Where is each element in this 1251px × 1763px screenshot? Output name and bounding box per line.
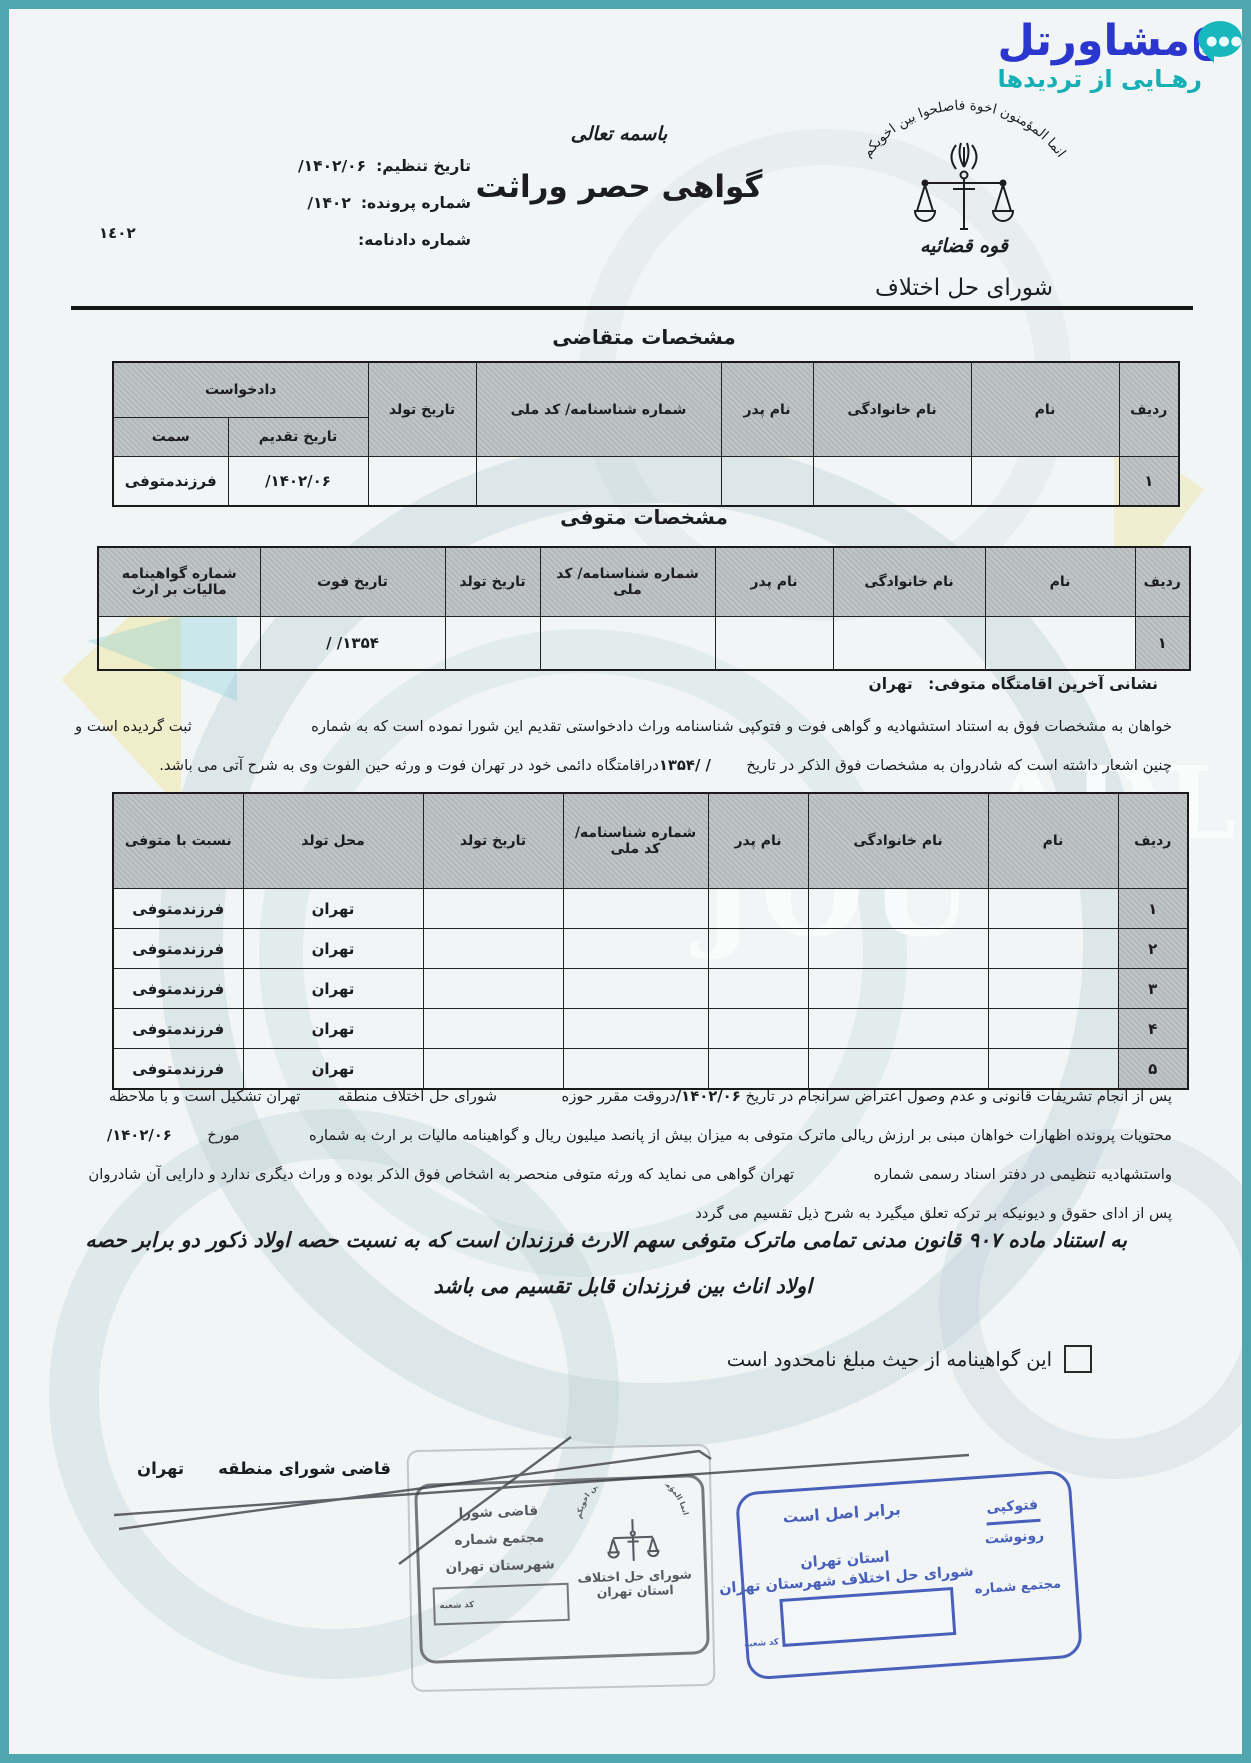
deceased-row: ۱ ۱۳۵۴/ / [98,617,1190,671]
col-birth-date: تاریخ تولد [368,362,476,457]
col-petition-group: دادخواست [113,362,368,418]
cell-birth-date [423,1009,563,1049]
cell-row-number: ۲ [1118,929,1188,969]
stamp-branch-code-label: کد شعبه [744,1637,779,1649]
cell-first-name [988,929,1118,969]
cell-id-number [563,969,708,1009]
col-birth-place: محل تولد [243,793,423,889]
col-role: سمت [113,418,228,457]
col-row: ردیف [1135,547,1190,617]
cell-row-number: ۱ [1119,457,1179,507]
cell-birth-date [445,617,540,671]
cell-first-name [988,1009,1118,1049]
stamp-complex-number-label: مجتمع شماره [974,1576,1061,1597]
stamp-separator [986,1519,1040,1525]
cell-first-name [985,617,1135,671]
cell-row-number: ۱ [1135,617,1190,671]
session-date: ۱۴۰۲/۰۶/ [676,1088,741,1105]
heir-row: ۱ تهران فرزندمتوفی [113,889,1188,929]
cell-first-name [988,889,1118,929]
stamp-transcript-label: رونوشت [971,1526,1058,1548]
petition-text-registered: ثبت گردیده است و [75,707,192,746]
petition-text-1: خواهان به مشخصات فوق به استناد استشهادیه… [311,707,1172,746]
applicant-section-title: مشخصات متقاضی [99,325,1189,349]
ruling-handwritten: به استناد ماده ۹۰۷ قانون مدنی تمامی ماتر… [69,1217,1182,1309]
last-residence-city: تهران [868,675,912,693]
cell-row-number: ۴ [1118,1009,1188,1049]
certified-copy-stamp-blue: فتوکپی رونوشت مجتمع شماره برابر اصل است … [735,1470,1083,1681]
verdict-council-district: شورای حل اختلاف منطقه [338,1088,497,1105]
heir-row: ۳ تهران فرزندمتوفی [113,969,1188,1009]
cell-last-name [808,1009,988,1049]
col-first-name: نام [988,793,1118,889]
cell-father-name [708,889,808,929]
cell-relation: فرزندمتوفی [113,1009,243,1049]
ruling-line-1: به استناد ماده ۹۰۷ قانون مدنی تمامی ماتر… [69,1217,1182,1263]
cell-last-name [808,929,988,969]
col-death-date: تاریخ فوت [260,547,445,617]
col-row: ردیف [1119,362,1179,457]
judiciary-caption: قوه قضائیه [814,235,1114,257]
cell-birth-date [423,889,563,929]
cell-birth-place: تهران [243,889,423,929]
cell-submit-date: ۱۴۰۲/۰۶/ [228,457,368,507]
cell-role: فرزندمتوفی [113,457,228,507]
death-year: / /۱۳۵۴ [659,757,711,774]
cell-death-date: ۱۳۵۴/ / [260,617,445,671]
cell-row-number: ۱ [1118,889,1188,929]
ruling-line-2: اولاد اناث بین فرزندان قابل تقسیم می باش… [69,1263,1182,1309]
col-first-name: نام [985,547,1135,617]
cell-father-name [715,617,833,671]
cell-relation: فرزندمتوفی [113,969,243,1009]
cell-birth-place: تهران [243,929,423,969]
cell-father-name [708,1009,808,1049]
col-inheritance-tax-cert: شماره گواهینامه مالیات بر ارث [98,547,260,617]
petition-paragraph: خواهان به مشخصات فوق به استناد استشهادیه… [75,707,1172,785]
col-birth-date: تاریخ تولد [423,793,563,889]
cell-birth-date [423,969,563,1009]
reg-date-value: ۱۴۰۲/۰۶/ [298,157,366,175]
cell-id-number [563,929,708,969]
cell-father-name [708,929,808,969]
cell-id-number [476,457,721,507]
verdict-text-1: پس از انجام تشریفات قانونی و عدم وصول اع… [745,1088,1172,1105]
col-id-number: شماره شناسنامه/ کد ملی [540,547,715,617]
unlimited-amount-checkbox[interactable] [1064,1345,1092,1373]
deceased-section-title: مشخصات متوفی [99,505,1189,529]
col-row: ردیف [1118,793,1188,889]
cell-last-name [808,969,988,1009]
petition-text-3: دراقامتگاه دائمی خود در تهران فوت و ورثه… [159,757,659,774]
cell-id-number [563,1009,708,1049]
verdict-text-3: تهران تشکیل است و با ملاحظه [109,1088,301,1105]
col-father-name: نام پدر [715,547,833,617]
col-relation: نسبت با متوفی [113,793,243,889]
heir-row: ۴ تهران فرزندمتوفی [113,1009,1188,1049]
cell-first-name [988,969,1118,1009]
scanned-inheritance-certificate: ADL JOU ●●● مشاورتل رهـایی از تردیدها ان… [0,0,1251,1763]
brand-logo-text: مشاورتل [997,20,1190,63]
verdict-text-6: تهران گواهی می نماید که ورثه متوفی منحصر… [88,1166,794,1183]
col-first-name: نام [971,362,1119,457]
verdict-dated-label: مورخ [207,1127,239,1144]
applicant-table: ردیف نام نام خانوادگی نام پدر شماره شناس… [112,361,1180,507]
cell-row-number: ۳ [1118,969,1188,1009]
col-last-name: نام خانوادگی [808,793,988,889]
cell-id-number [563,889,708,929]
col-birth-date: تاریخ تولد [445,547,540,617]
last-residence-label: نشانی آخرین اقامتگاه متوفی: [928,675,1158,693]
stamp-signature-box [780,1587,957,1647]
col-last-name: نام خانوادگی [813,362,971,457]
cell-birth-date [423,929,563,969]
council-title: شورای حل اختلاف [814,275,1114,301]
side-year-number: ١٤٠٢ [99,224,136,242]
document-title: گواهی حصر وراثت [439,169,799,205]
col-id-number: شماره شناسنامه/ کد ملی [476,362,721,457]
judgment-number-label: شماره دادنامه: [358,231,471,249]
stamp-certify-text: برابر اصل است [714,1496,970,1532]
cell-relation: فرزندمتوفی [113,929,243,969]
cell-relation: فرزندمتوفی [113,889,243,929]
cell-last-name [833,617,985,671]
scales-of-justice-icon [909,139,1019,235]
col-father-name: نام پدر [708,793,808,889]
cell-father-name [721,457,813,507]
heirs-table: ردیف نام نام خانوادگی نام پدر شماره شناس… [112,792,1189,1090]
deceased-table: ردیف نام نام خانوادگی نام پدر شماره شناس… [97,546,1191,671]
cell-birth-date [368,457,476,507]
basmala: باسمه تعالی [479,123,759,145]
cell-last-name [808,889,988,929]
verdict-paragraph: پس از انجام تشریفات قانونی و عدم وصول اع… [75,1077,1172,1233]
unlimited-amount-text: این گواهینامه از حیث مبلغ نامحدود است [727,1348,1052,1371]
col-father-name: نام پدر [721,362,813,457]
col-submit-date: تاریخ تقدیم [228,418,368,457]
stamp-photocopy-label: فتوکپی [969,1496,1056,1518]
unlimited-amount-note: این گواهینامه از حیث مبلغ نامحدود است [727,1345,1092,1373]
verdict-text-2: دروقت مقرر حوزه [561,1088,675,1105]
cell-first-name [971,457,1119,507]
judiciary-emblem-block: انما المؤمنون اخوة فاصلحوا بین اخویکم قو… [814,67,1114,301]
cell-father-name [708,969,808,1009]
verdict-text-5: واستشهادیه تنظیمی در دفتر اسناد رسمی شما… [874,1166,1172,1183]
cell-id-number [540,617,715,671]
chat-bubble-icon: ●●● [1194,19,1246,63]
last-residence-line: نشانی آخرین اقامتگاه متوفی: تهران [868,675,1158,693]
col-last-name: نام خانوادگی [833,547,985,617]
applicant-row: ۱ ۱۴۰۲/۰۶/ فرزندمتوفی [113,457,1179,507]
header-divider [71,306,1193,310]
verdict-text-4: محتویات پرونده اظهارات خواهان مبنی بر ار… [309,1127,1172,1144]
petition-text-2: چنین اشعار داشته است که شادروان به مشخصا… [746,757,1172,774]
tax-cert-date: ۱۴۰۲/۰۶/ [107,1127,172,1144]
cell-tax-cert [98,617,260,671]
cell-birth-place: تهران [243,969,423,1009]
case-number-value: ۱۴۰۲/ [307,194,351,212]
header-meta: تاریخ تنظیم:۱۴۰۲/۰۶/ شماره پرونده:۱۴۰۲/ … [91,147,471,258]
col-id-number: شماره شناسنامه/ کد ملی [563,793,708,889]
heir-row: ۲ تهران فرزندمتوفی [113,929,1188,969]
cell-birth-place: تهران [243,1009,423,1049]
cell-last-name [813,457,971,507]
